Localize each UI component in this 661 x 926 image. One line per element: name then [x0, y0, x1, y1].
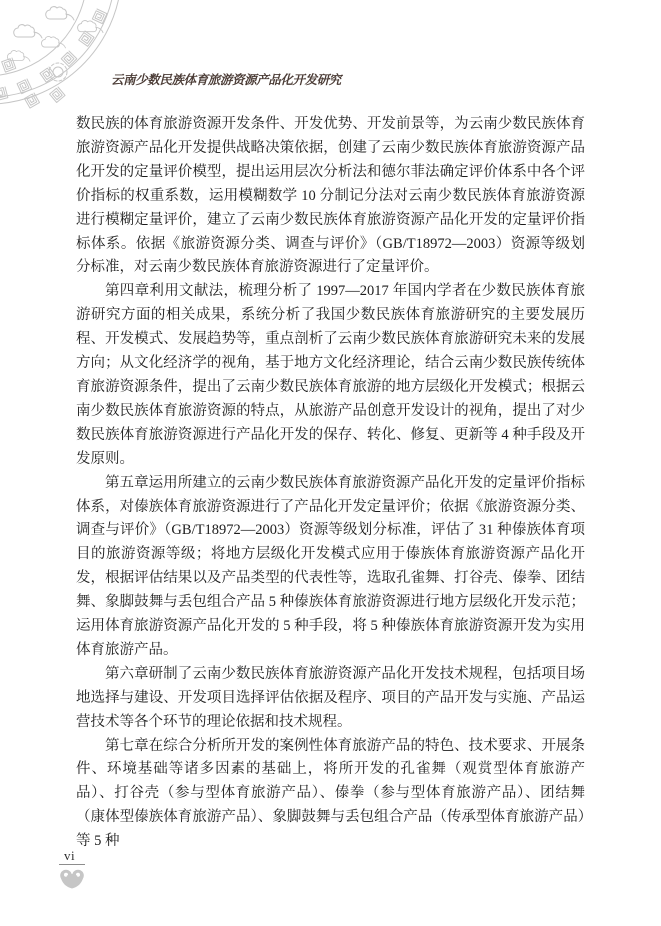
book-page: 云南少数民族体育旅游资源产品化开发研究 数民族的体育旅游资源开发条件、开发优势、… — [0, 0, 661, 926]
paragraph-chapter4: 第四章利用文献法，梳理分析了 1997—2017 年国内学者在少数民族体育旅游研… — [76, 280, 585, 471]
page-number: vi — [64, 848, 75, 864]
cloud-medallion-ornament — [0, 0, 142, 110]
ruyi-cloud-ornament — [57, 867, 87, 889]
running-title: 云南少数民族体育旅游资源产品化开发研究 — [111, 70, 341, 88]
paragraph-continuation: 数民族的体育旅游资源开发条件、开发优势、开发前景等，为云南少数民族体育旅游资源产… — [76, 113, 585, 280]
paragraph-chapter5: 第五章运用所建立的云南少数民族体育旅游资源产品化开发的定量评价指标体系，对傣族体… — [76, 472, 585, 663]
paragraph-chapter7: 第七章在综合分析所开发的案例性体育旅游产品的特色、技术要求、开展条件、环境基础等… — [76, 735, 585, 855]
paragraph-chapter6: 第六章研制了云南少数民族体育旅游资源产品化开发技术规程，包括项目场地选择与建设、… — [76, 663, 585, 735]
footer-rule — [59, 864, 85, 865]
body-text: 数民族的体育旅游资源开发条件、开发优势、开发前景等，为云南少数民族体育旅游资源产… — [76, 113, 585, 854]
